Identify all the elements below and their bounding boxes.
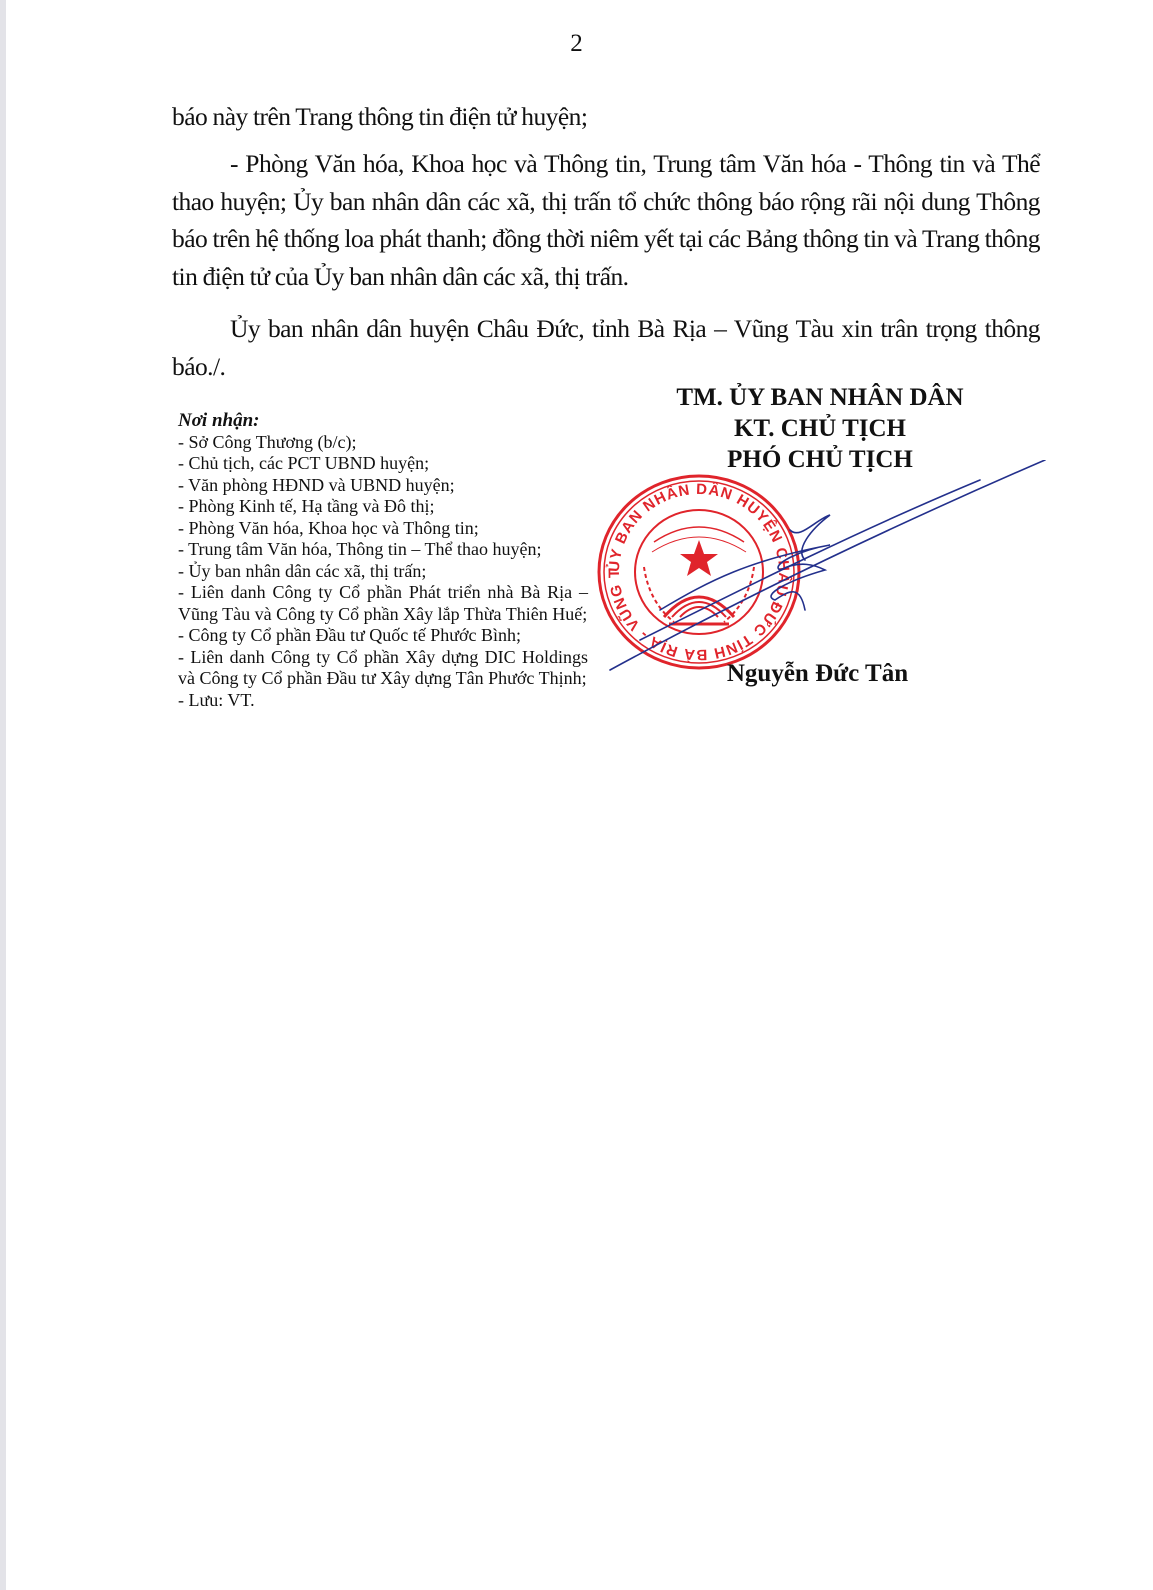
recipients-heading: Nơi nhận: [178,410,588,432]
recipient-item: - Lưu: VT. [178,690,588,712]
recipient-item: - Liên danh Công ty Cổ phần Phát triển n… [178,582,588,625]
signature-title-line-1: TM. ỦY BAN NHÂN DÂN [620,382,1020,413]
paragraph-closing: Ủy ban nhân dân huyện Châu Đức, tỉnh Bà … [172,310,1040,385]
paragraph-continuation: báo này trên Trang thông tin điện tử huy… [172,98,1040,136]
signature-title-line-2: KT. CHỦ TỊCH [620,413,1020,444]
page-number: 2 [0,30,1153,58]
recipients-list: - Sở Công Thương (b/c);- Chủ tịch, các P… [178,432,588,712]
page-left-edge [0,0,6,1590]
recipient-item: - Ủy ban nhân dân các xã, thị trấn; [178,561,588,583]
recipient-item: - Phòng Kinh tế, Hạ tầng và Đô thị; [178,496,588,518]
recipient-item: - Chủ tịch, các PCT UBND huyện; [178,453,588,475]
paragraph-text: - Phòng Văn hóa, Khoa học và Thông tin, … [172,145,1040,295]
recipient-item: - Liên danh Công ty Cổ phần Xây dựng DIC… [178,647,588,690]
paragraph-dissemination: - Phòng Văn hóa, Khoa học và Thông tin, … [172,145,1040,295]
recipient-item: - Trung tâm Văn hóa, Thông tin – Thể tha… [178,539,588,561]
recipients-block: Nơi nhận: - Sở Công Thương (b/c);- Chủ t… [178,410,588,711]
recipient-item: - Sở Công Thương (b/c); [178,432,588,454]
signer-name: Nguyễn Đức Tân [690,660,945,688]
recipient-item: - Văn phòng HĐND và UBND huyện; [178,475,588,497]
paragraph-text: báo này trên Trang thông tin điện tử huy… [172,98,1040,136]
recipient-item: - Công ty Cổ phần Đầu tư Quốc tế Phước B… [178,625,588,647]
recipient-item: - Phòng Văn hóa, Khoa học và Thông tin; [178,518,588,540]
paragraph-text: Ủy ban nhân dân huyện Châu Đức, tỉnh Bà … [172,310,1040,385]
